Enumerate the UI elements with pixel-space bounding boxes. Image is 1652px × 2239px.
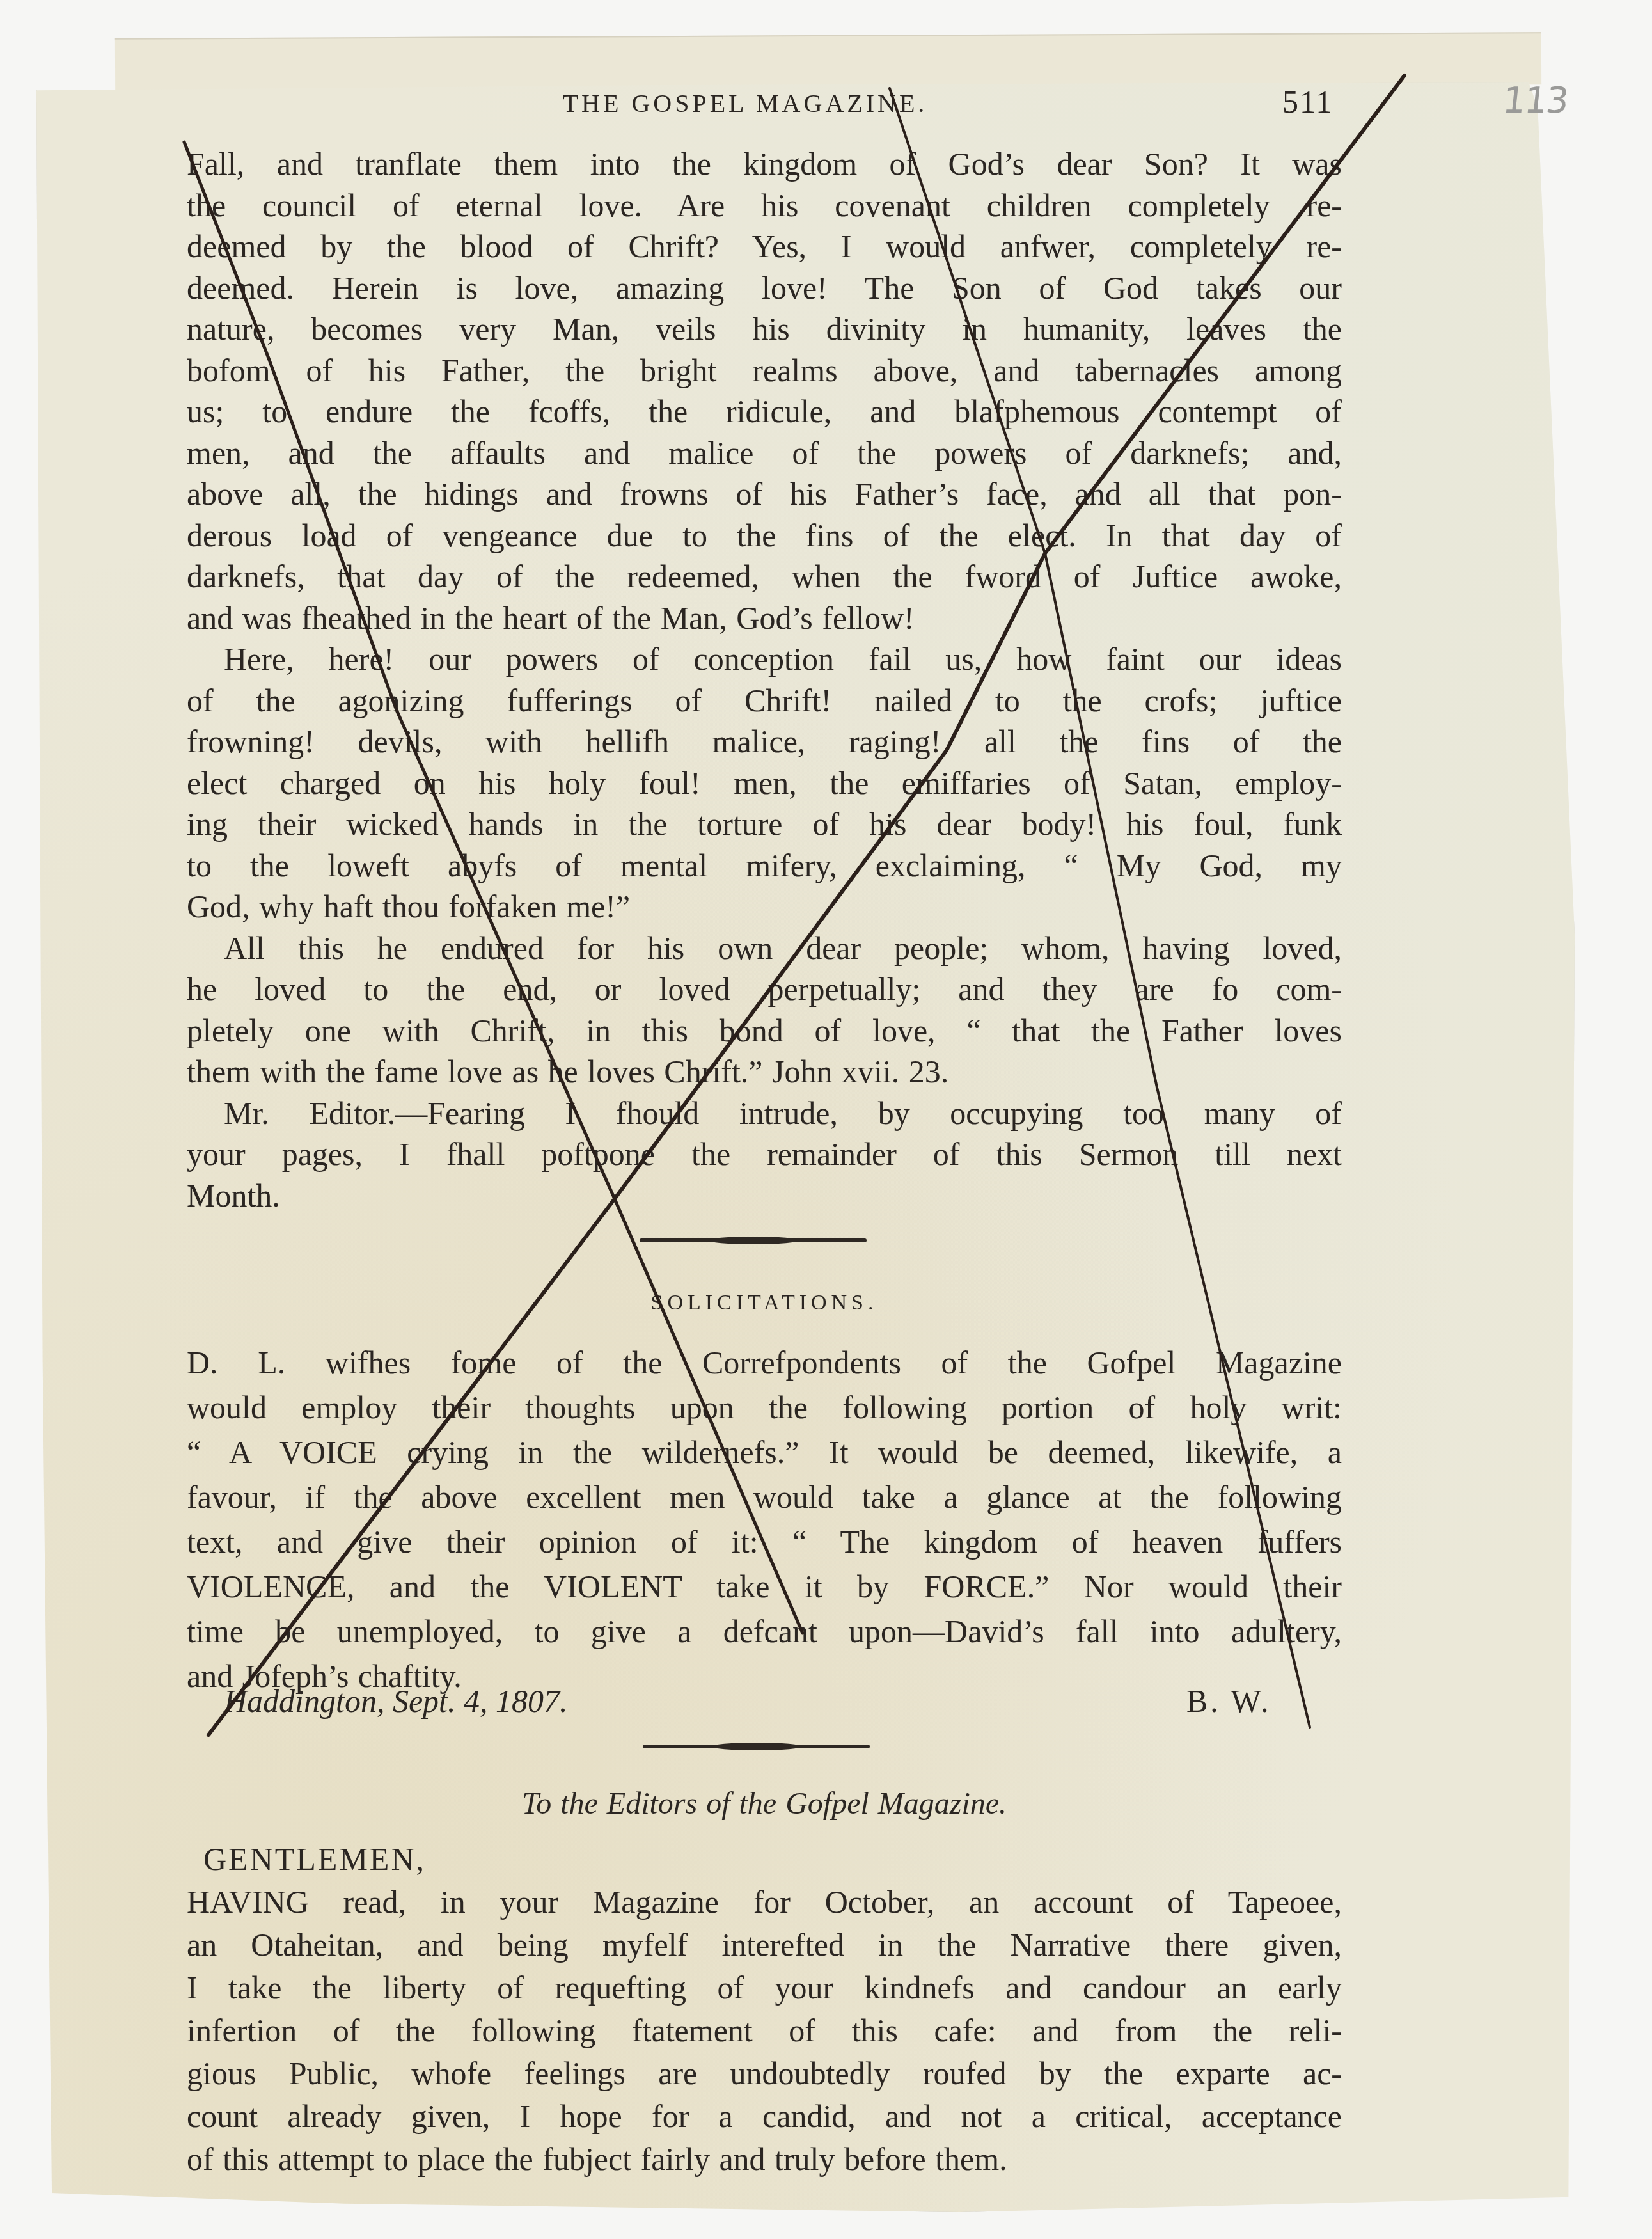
text-line: an Otaheitan, and being myfelf interefte…	[187, 1926, 1342, 1964]
solicitations-heading: SOLICITATIONS.	[187, 1291, 1342, 1315]
text-line: he loved to the end, or loved perpetuall…	[187, 970, 1342, 1008]
running-head: THE GOSPEL MAGAZINE.	[515, 88, 975, 118]
text-line: ing their wicked hands in the torture of…	[187, 805, 1342, 843]
text-line: us; to endure the fcoffs, the ridicule, …	[187, 392, 1342, 431]
pencil-page-annotation: 113	[1501, 80, 1570, 122]
letter-salutation: GENTLEMEN,	[203, 1840, 426, 1878]
text-line: God, why haft thou forfaken me!”	[187, 887, 1342, 926]
text-line: would employ their thoughts upon the fol…	[187, 1388, 1342, 1427]
text-line: derous load of vengeance due to the fins…	[187, 516, 1342, 555]
text-line: “ A VOICE crying in the wildernefs.” It …	[187, 1433, 1342, 1471]
text-line: deemed by the blood of Chrift? Yes, I wo…	[187, 227, 1342, 265]
text-line: elect charged on his holy foul! men, the…	[187, 764, 1342, 802]
text-line: pletely one with Chrift, in this bond of…	[187, 1011, 1342, 1050]
signature-place-date: Haddington, Sept. 4, 1807.	[224, 1682, 567, 1720]
text-line: gious Public, whofe feelings are undoubt…	[187, 2054, 1342, 2093]
page-number: 511	[1282, 83, 1333, 120]
text-line: darknefs, that day of the redeemed, when…	[187, 557, 1342, 596]
text-line: men, and the affaults and malice of the …	[187, 434, 1342, 472]
text-line: count already given, I hope for a candid…	[187, 2097, 1342, 2135]
text-line: of this attempt to place the fubject fai…	[187, 2140, 1342, 2178]
text-line: time be unemployed, to give a defcant up…	[187, 1612, 1342, 1650]
text-line: HAVING read, in your Magazine for Octobe…	[187, 1883, 1342, 1921]
text-line: Fall, and tranflate them into the kingdo…	[187, 145, 1342, 183]
text-line: them with the fame love as he loves Chri…	[187, 1052, 1342, 1091]
text-line: deemed. Herein is love, amazing love! Th…	[187, 269, 1342, 307]
text-line: your pages, I fhall poftpone the remaind…	[187, 1135, 1342, 1173]
signature-initials: B. W.	[1186, 1682, 1271, 1720]
text-line: I take the liberty of requefting of your…	[187, 1968, 1342, 2007]
text-line: nature, becomes very Man, veils his divi…	[187, 310, 1342, 348]
text-line: All this he endured for his own dear peo…	[187, 929, 1342, 967]
text-line: text, and give their opinion of it: “ Th…	[187, 1523, 1342, 1561]
text-line: frowning! devils, with hellifh malice, r…	[187, 722, 1342, 761]
text-line: bofom of his Father, the bright realms a…	[187, 351, 1342, 390]
text-line: and was fheathed in the heart of the Man…	[187, 599, 1342, 637]
section-divider-ornament	[643, 1745, 870, 1748]
section-divider-ornament	[640, 1238, 867, 1242]
text-line: infertion of the following ftatement of …	[187, 2011, 1342, 2050]
text-line: the council of eternal love. Are his cov…	[187, 186, 1342, 225]
text-line: to the loweft abyfs of mental mifery, ex…	[187, 846, 1342, 885]
underlying-sheet-edge	[115, 32, 1541, 91]
text-line: favour, if the above excellent men would…	[187, 1478, 1342, 1516]
text-line: D. L. wifhes fome of the Correfpondents …	[187, 1343, 1342, 1382]
text-line: of the agonizing fufferings of Chrift! n…	[187, 681, 1342, 720]
text-line: Here, here! our powers of conception fai…	[187, 640, 1342, 678]
letter-heading: To the Editors of the Gofpel Magazine.	[187, 1785, 1342, 1823]
text-line: above all, the hidings and frowns of his…	[187, 475, 1342, 513]
text-line: Mr. Editor.—Fearing I fhould intrude, by…	[187, 1094, 1342, 1132]
text-line: Month.	[187, 1176, 1342, 1215]
text-line: VIOLENCE, and the VIOLENT take it by FOR…	[187, 1567, 1342, 1606]
